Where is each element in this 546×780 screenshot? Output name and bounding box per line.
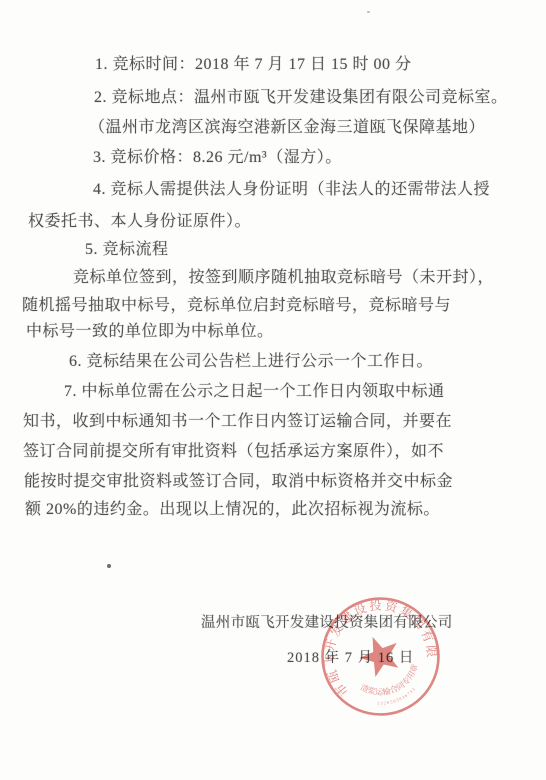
body-line: 7. 中标单位需在公示之日起一个工作日内领取中标通 — [64, 382, 445, 402]
body-line: 2. 竞标地点：温州市瓯飞开发建设集团有限公司竞标室。 — [94, 88, 508, 108]
body-line: 中标号一致的单位即为中标单位。 — [26, 322, 274, 342]
body-line: 权委托书、本人身份证原件）。 — [28, 212, 251, 232]
body-line: 3. 竞标价格：8.26 元/m³（湿方）。 — [93, 148, 342, 168]
body-line: 知书，收到中标通知书一个工作日内签订运输合同，并要在 — [23, 412, 452, 432]
scanned-document-page: 1. 竞标时间：2018 年 7 月 17 日 15 时 00 分 2. 竞标地… — [0, 0, 546, 780]
body-line: 签订合同前提交所有审批资料（包括承运方案原件），如不 — [23, 442, 444, 462]
body-line: 竞标单位签到，按签到顺序随机抽取竞标暗号（未开封）， — [73, 268, 494, 288]
body-line: 额 20%的违约金。出现以上情况的，此次招标视为流标。 — [25, 500, 440, 520]
company-seal: 温州市瓯飞开发建设投资集团有限公司 渣浆运输合同专用章 332050503675… — [298, 574, 463, 739]
ink-speck — [367, 11, 370, 13]
body-line: 1. 竞标时间：2018 年 7 月 17 日 15 时 00 分 — [95, 55, 412, 75]
body-line: 能按时提交审批资料或签订合同，取消中标资格并交中标金 — [24, 472, 453, 492]
body-line: （温州市龙湾区滨海空港新区金海三道瓯飞保障基地） — [89, 118, 485, 138]
body-line: 4. 竞标人需提供法人身份证明（非法人的还需带法人授 — [93, 180, 490, 200]
body-line: 随机摇号抽取中标号，竞标单位启封竞标暗号，竞标暗号与 — [22, 296, 451, 316]
ink-speck — [107, 564, 111, 568]
body-line: 5. 竞标流程 — [85, 240, 169, 260]
seal-star-icon — [354, 629, 406, 680]
seal-ring-text: 温州市瓯飞开发建设投资集团有限公司 — [298, 574, 443, 706]
body-line: 6. 竞标结果在公司公告栏上进行公示一个工作日。 — [69, 352, 433, 372]
svg-text:温州市瓯飞开发建设投资集团有限公司: 温州市瓯飞开发建设投资集团有限公司 — [298, 574, 443, 706]
